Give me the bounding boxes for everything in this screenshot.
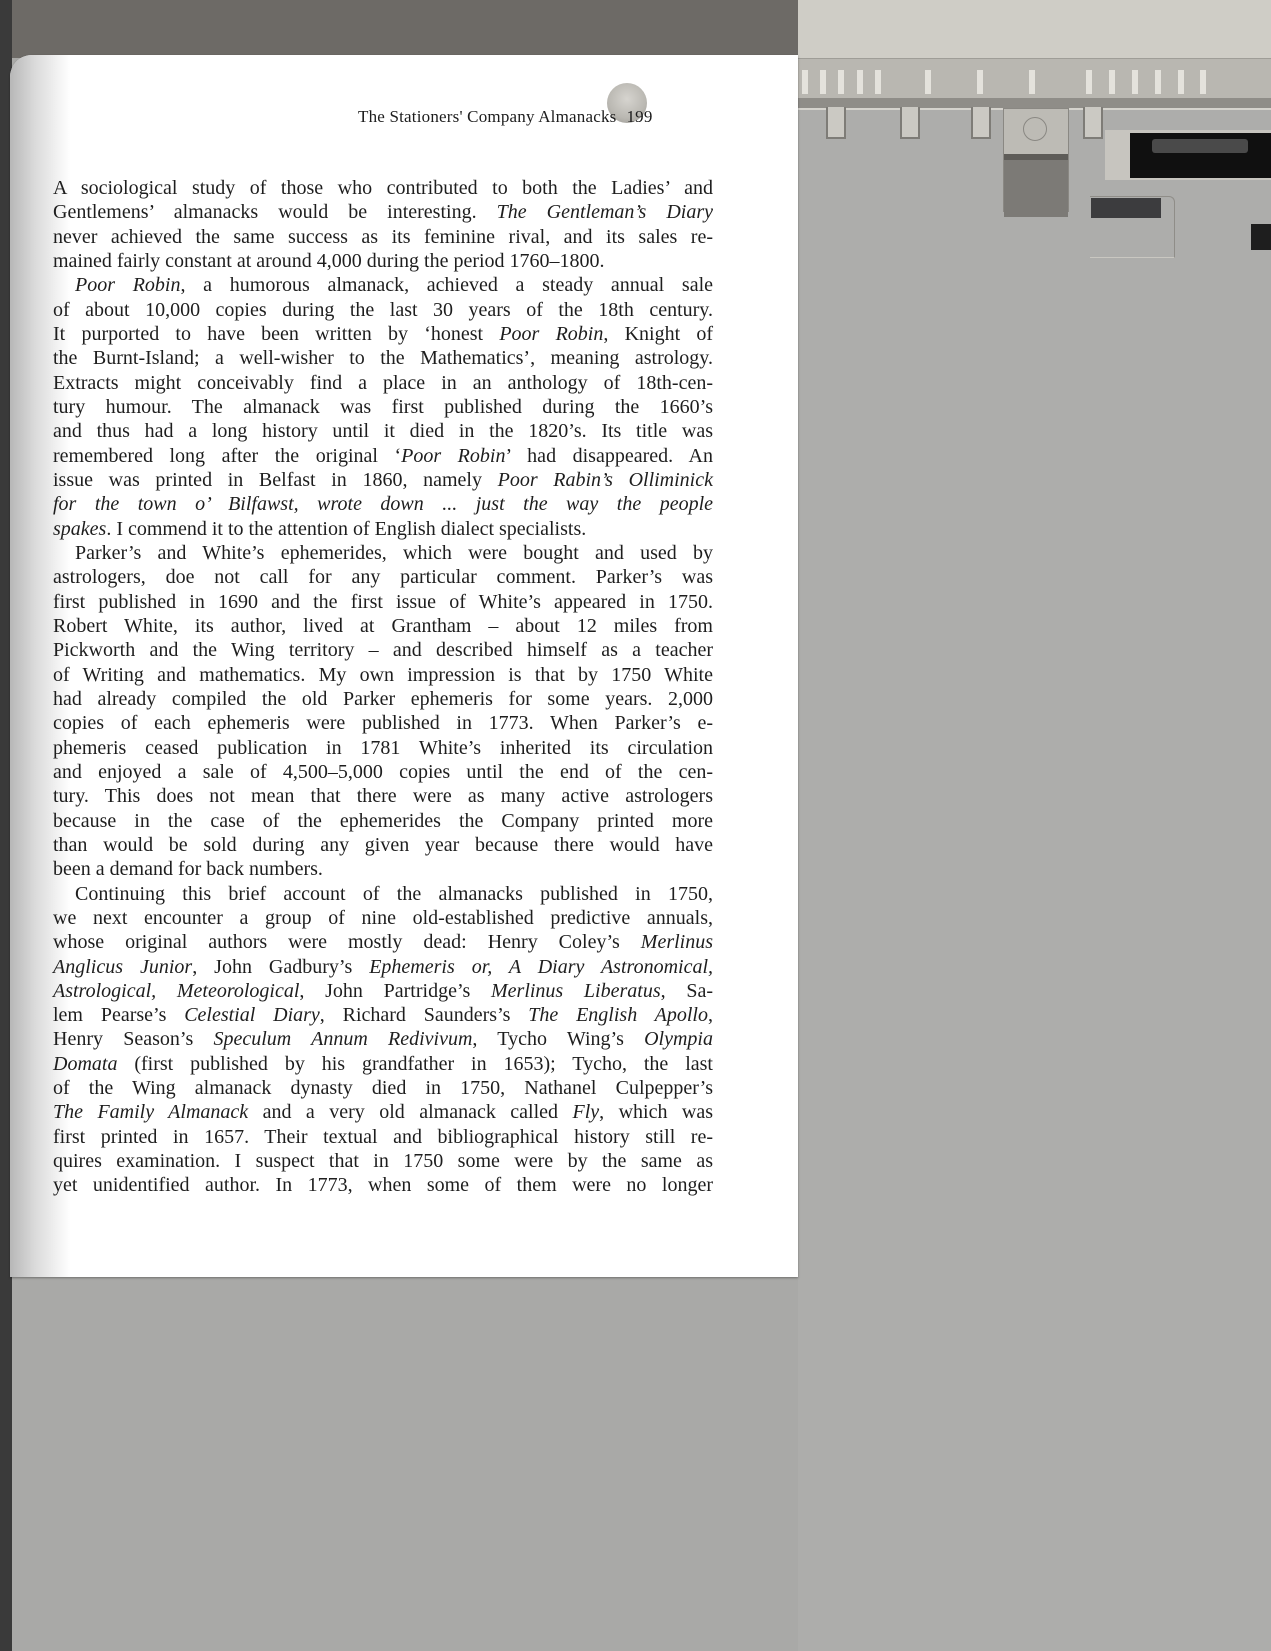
scanner-lid — [0, 0, 798, 58]
slot-tick — [1178, 70, 1184, 94]
text-line: Anglicus Junior, John Gadbury’s Ephemeri… — [53, 955, 713, 979]
slot-tick — [977, 70, 983, 94]
text-line: spakes. I commend it to the attention of… — [53, 517, 713, 541]
text-line: mained fairly constant at around 4,000 d… — [53, 249, 713, 273]
text-line: Robert White, its author, lived at Grant… — [53, 614, 713, 638]
scanner-clip — [1083, 107, 1103, 139]
slot-tick — [1086, 70, 1092, 94]
text-line: of the Wing almanack dynasty died in 175… — [53, 1076, 713, 1100]
slot-tick — [875, 70, 881, 94]
text-line: Pickworth and the Wing territory – and d… — [53, 638, 713, 662]
scanner-top-strip — [798, 0, 1271, 59]
latch-circle — [1023, 117, 1047, 141]
text-line: issue was printed in Belfast in 1860, na… — [53, 468, 713, 492]
body-text: A sociological study of those who contri… — [53, 176, 713, 1198]
text-line: of about 10,000 copies during the last 3… — [53, 298, 713, 322]
slot-tick — [802, 70, 808, 94]
text-line: had already compiled the old Parker ephe… — [53, 687, 713, 711]
text-line: quires examination. I suspect that in 17… — [53, 1149, 713, 1173]
scanner-roller — [1130, 133, 1271, 178]
slot-tick — [925, 70, 931, 94]
text-line: Continuing this brief account of the alm… — [53, 882, 713, 906]
text-line: yet unidentified author. In 1773, when s… — [53, 1173, 713, 1197]
text-line: and enjoyed a sale of 4,500–5,000 copies… — [53, 760, 713, 784]
slot-tick — [1200, 70, 1206, 94]
slot-tick — [820, 70, 826, 94]
scanner-notch — [1251, 224, 1271, 250]
text-line: the Burnt-Island; a well-wisher to the M… — [53, 346, 713, 370]
text-line: Henry Season’s Speculum Annum Redivivum,… — [53, 1027, 713, 1051]
text-line: tury. This does not mean that there were… — [53, 784, 713, 808]
text-line: tury humour. The almanack was first publ… — [53, 395, 713, 419]
text-line: The Family Almanack and a very old alman… — [53, 1100, 713, 1124]
running-head: The Stationers' Company Almanacks199 — [358, 107, 710, 127]
text-line: copies of each ephemeris were published … — [53, 711, 713, 735]
text-line: of Writing and mathematics. My own impre… — [53, 663, 713, 687]
text-line: A sociological study of those who contri… — [53, 176, 713, 200]
scanner-bed — [798, 110, 1271, 1651]
text-line: Domata (first published by his grandfath… — [53, 1052, 713, 1076]
text-line: because in the case of the ephemerides t… — [53, 809, 713, 833]
text-line: It purported to have been written by ‘ho… — [53, 322, 713, 346]
scanner-clip — [900, 107, 920, 139]
text-line: and thus had a long history until it die… — [53, 419, 713, 443]
text-line: we next encounter a group of nine old-es… — [53, 906, 713, 930]
slot-tick — [1155, 70, 1161, 94]
text-line: Poor Robin, a humorous almanack, achieve… — [53, 273, 713, 297]
scanner-clip — [826, 107, 846, 139]
slot-tick — [1029, 70, 1035, 94]
text-line: been a demand for back numbers. — [53, 857, 713, 881]
text-line: astrologers, doe not call for any partic… — [53, 565, 713, 589]
text-line: phemeris ceased publication in 1781 Whit… — [53, 736, 713, 760]
latch-well — [1004, 154, 1068, 217]
text-line: Parker’s and White’s ephemerides, which … — [53, 541, 713, 565]
text-line: lem Pearse’s Celestial Diary, Richard Sa… — [53, 1003, 713, 1027]
slot-tick — [1132, 70, 1138, 94]
text-line: first printed in 1657. Their textual and… — [53, 1125, 713, 1149]
scanner-latch-block — [1003, 108, 1069, 212]
text-line: never achieved the same success as its f… — [53, 225, 713, 249]
text-line: for the town o’ Bilfawst, wrote down ...… — [53, 492, 713, 516]
text-line: Astrological, Meteorological, John Partr… — [53, 979, 713, 1003]
text-line: whose original authors were mostly dead:… — [53, 930, 713, 954]
slot-tick — [1109, 70, 1115, 94]
text-line: Extracts might conceivably find a place … — [53, 371, 713, 395]
text-line: Gentlemens’ almanacks would be interesti… — [53, 200, 713, 224]
sensor-window — [1091, 198, 1161, 218]
page-number: 199 — [626, 107, 652, 126]
roller-bar — [1152, 139, 1248, 153]
text-line: than would be sold during any given year… — [53, 833, 713, 857]
text-line: remembered long after the original ‘Poor… — [53, 444, 713, 468]
slot-tick — [838, 70, 844, 94]
slot-tick — [857, 70, 863, 94]
running-head-title: The Stationers' Company Almanacks — [358, 107, 616, 126]
text-line: first published in 1690 and the first is… — [53, 590, 713, 614]
scanner-clip — [971, 107, 991, 139]
